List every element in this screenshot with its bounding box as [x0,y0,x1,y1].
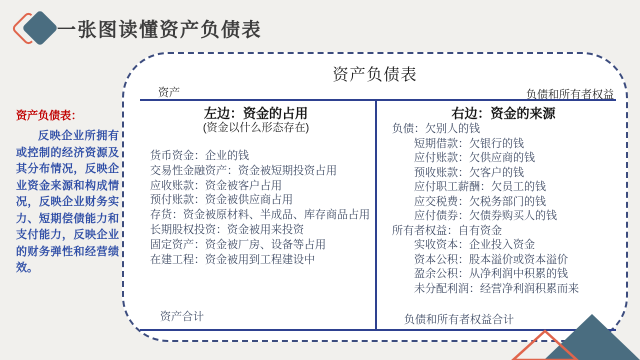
asset-item: 存货：资金被原材料、半成品、库存商品占用 [150,208,370,223]
asset-item: 长期股权投资：资金被用来投资 [150,223,370,238]
asset-item: 预付账款：资金被供应商占用 [150,193,370,208]
left-column-subheading: (资金以什么形态存在) [136,119,376,135]
liability-item-list: 短期借款：欠银行的钱 应付账款：欠供应商的钱 预收账款：欠客户的钱 应付职工薪酬… [392,137,624,224]
asset-item: 货币资金：企业的钱 [150,149,370,164]
corner-triangles [500,310,640,360]
page-title: 一张图读懂资产负债表 [57,15,262,42]
sidebar-note: 资产负债表： 反映企业所拥有或控制的经济资源及其分布情况，反映企业资金来源和构成… [16,107,119,277]
liabilities-equity-content: 负债：欠别人的钱 短期借款：欠银行的钱 应付账款：欠供应商的钱 预收账款：欠客户… [392,122,624,296]
asset-item: 固定资产：资金被厂房、设备等占用 [150,238,370,253]
asset-item: 应收账款：资金被客户占用 [150,179,370,194]
top-rule [140,99,616,101]
equity-group-label: 所有者权益：自有资金 [392,224,624,239]
sidebar-body: 反映企业所拥有或控制的经济资源及其分布情况，反映企业资金来源和构成情况，反映企业… [16,128,119,277]
assets-total-label: 资产合计 [160,308,204,324]
right-column-heading: 右边：资金的来源 [377,103,630,122]
liability-item: 应付债券：欠债券购买人的钱 [392,209,624,224]
equity-item: 资本公积：股本溢价或资本溢价 [392,253,624,268]
triangle-solid-icon [544,314,640,360]
liabilities-equity-total-label: 负债和所有者权益合计 [404,311,514,327]
liability-item: 应付职工薪酬：欠员工的钱 [392,180,624,195]
equity-item: 实收资本：企业投入资金 [392,238,624,253]
equity-item: 未分配利润：经营净利润积累而来 [392,282,624,297]
balance-sheet-box: 资产负债表 资产 负债和所有者权益 左边：资金的占用 (资金以什么形态存在) 货… [122,52,628,342]
equity-item: 盈余公积：从净利润中积累的钱 [392,267,624,282]
balance-sheet-title: 资产负债表 [124,62,626,85]
liability-item: 应交税费：欠税务部门的钱 [392,195,624,210]
liability-item: 应付账款：欠供应商的钱 [392,151,624,166]
assets-label: 资产 [158,84,180,100]
liabilities-group-label: 负债：欠别人的钱 [392,122,624,137]
liability-item: 预收账款：欠客户的钱 [392,166,624,181]
asset-item: 交易性金融资产：资金被短期投资占用 [150,164,370,179]
sidebar-heading: 资产负债表： [16,107,119,123]
liability-item: 短期借款：欠银行的钱 [392,137,624,152]
asset-item: 在建工程：资金被用到工程建设中 [150,253,370,268]
asset-item-list: 货币资金：企业的钱 交易性金融资产：资金被短期投资占用 应收账款：资金被客户占用… [150,149,370,267]
equity-item-list: 实收资本：企业投入资金 资本公积：股本溢价或资本溢价 盈余公积：从净利润中积累的… [392,238,624,296]
